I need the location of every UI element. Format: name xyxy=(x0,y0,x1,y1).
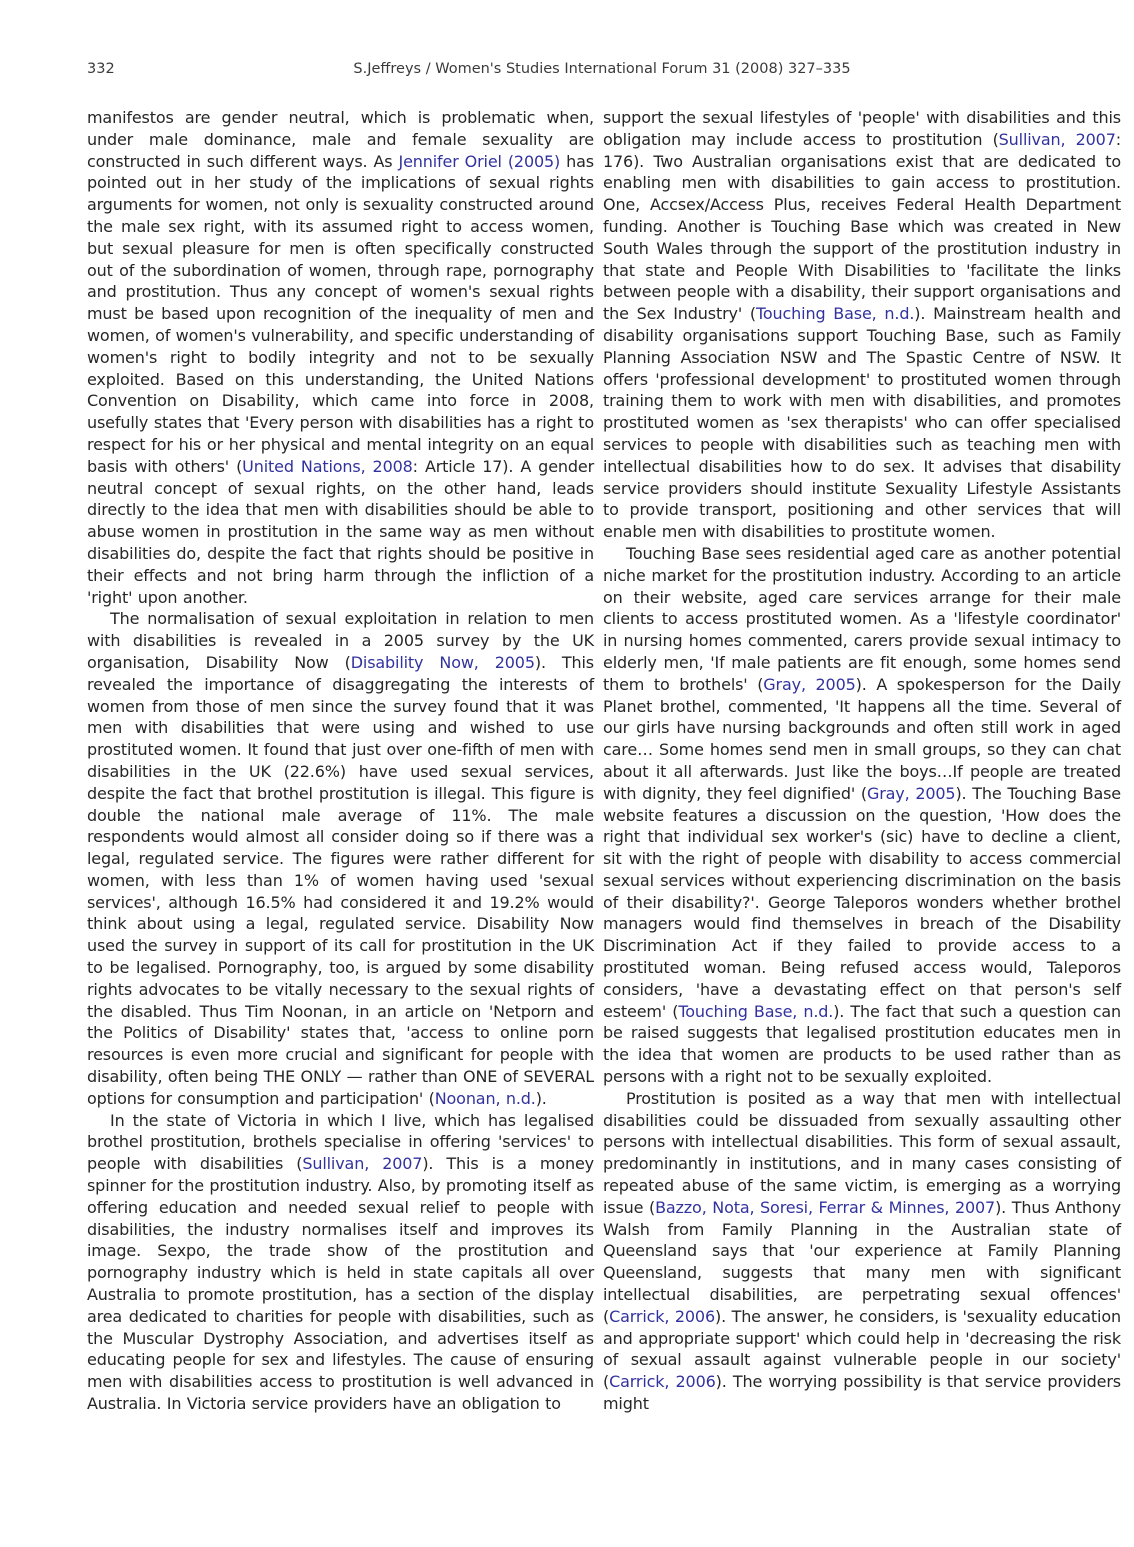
text-run: ). The Touching Base website features a … xyxy=(603,784,1121,1021)
paragraph: The normalisation of sexual exploitation… xyxy=(87,608,594,1109)
text-columns: manifestos are gender neutral, which is … xyxy=(87,107,1121,1415)
paragraph: Prostitution is posited as a way that me… xyxy=(603,1088,1121,1415)
text-run: Touching Base sees residential aged care… xyxy=(603,544,1121,694)
page-number: 332 xyxy=(87,60,115,79)
text-run: : 176). Two Australian organisations exi… xyxy=(603,130,1121,323)
paragraph: Touching Base sees residential aged care… xyxy=(603,543,1121,1088)
column-left: manifestos are gender neutral, which is … xyxy=(87,107,594,1415)
citation-link[interactable]: Disability Now, 2005 xyxy=(351,653,535,672)
paragraph: manifestos are gender neutral, which is … xyxy=(87,107,594,608)
paragraph: In the state of Victoria in which I live… xyxy=(87,1110,594,1415)
citation-link[interactable]: Noonan, n.d. xyxy=(435,1089,536,1108)
page-header: 332 S.Jeffreys / Women's Studies Interna… xyxy=(87,60,1117,79)
citation-link[interactable]: Touching Base, n.d. xyxy=(678,1002,833,1021)
text-run: : Article 17). A gender neutral concept … xyxy=(87,457,594,607)
text-run: ). This is a money spinner for the prost… xyxy=(87,1154,594,1413)
citation-link[interactable]: Carrick, 2006 xyxy=(609,1372,716,1391)
citation-link[interactable]: Jennifer Oriel (2005) xyxy=(399,152,561,171)
citation-link[interactable]: Sullivan, 2007 xyxy=(302,1154,422,1173)
citation-link[interactable]: United Nations, 2008 xyxy=(242,457,413,476)
text-run: ). Mainstream health and disability orga… xyxy=(603,304,1121,541)
citation-link[interactable]: Sullivan, 2007 xyxy=(999,130,1116,149)
citation-link[interactable]: Bazzo, Nota, Soresi, Ferrar & Minnes, 20… xyxy=(655,1198,995,1217)
citation-link[interactable]: Gray, 2005 xyxy=(867,784,956,803)
paragraph: support the sexual lifestyles of 'people… xyxy=(603,107,1121,543)
citation-link[interactable]: Carrick, 2006 xyxy=(609,1307,715,1326)
text-run: ). This revealed the importance of disag… xyxy=(87,653,594,1108)
citation-link[interactable]: Touching Base, n.d. xyxy=(756,304,914,323)
text-run: ). xyxy=(536,1089,547,1108)
running-head: S.Jeffreys / Women's Studies Internation… xyxy=(87,60,1117,79)
text-run: has pointed out in her study of the impl… xyxy=(87,152,594,476)
journal-page: 332 S.Jeffreys / Women's Studies Interna… xyxy=(0,0,1134,1547)
citation-link[interactable]: Gray, 2005 xyxy=(763,675,855,694)
column-right: support the sexual lifestyles of 'people… xyxy=(603,107,1121,1415)
